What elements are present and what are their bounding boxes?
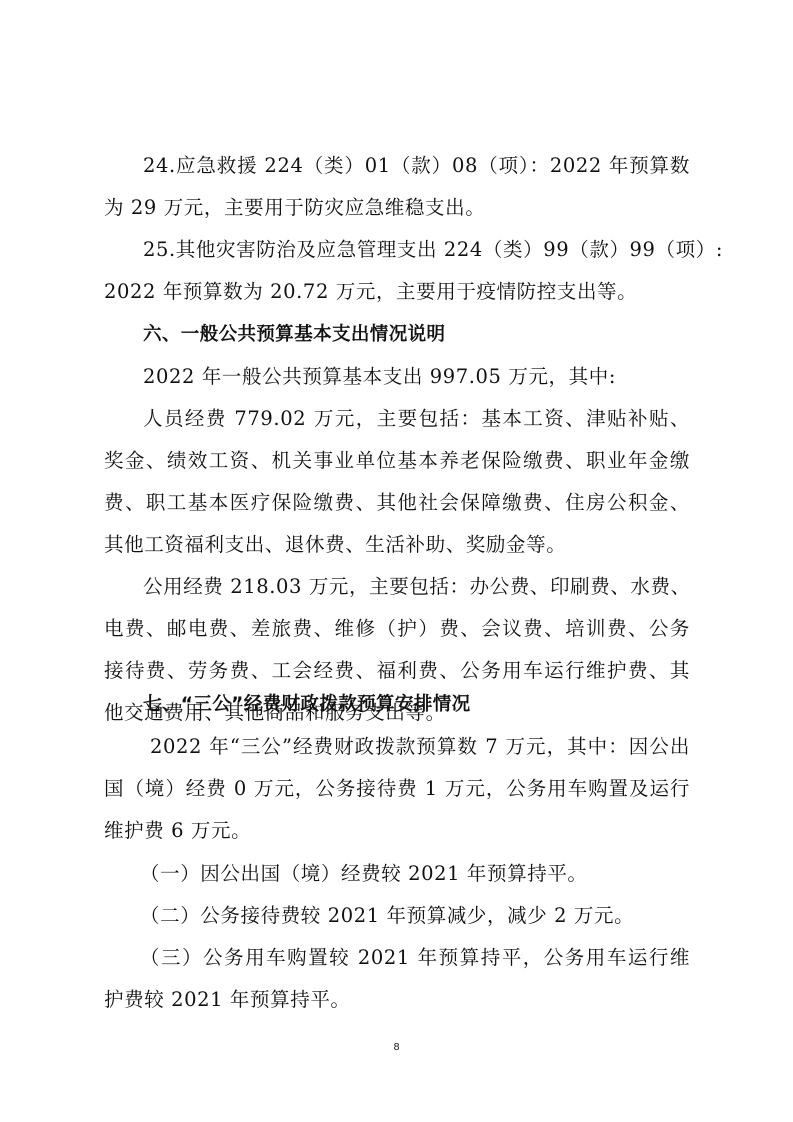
section-heading: 七、“三公”经费财政拨款预算安排情况 (143, 693, 690, 717)
section-summary: 2022 年一般公共预算基本支出 997.05 万元，其中: (143, 365, 690, 389)
paragraph-line: 护费较 2021 年预算持平。 (104, 988, 690, 1012)
paragraph-line: 为 29 万元，主要用于防灾应急维稳支出。 (104, 196, 690, 220)
paragraph-line: 公用经费 218.03 万元，主要包括：办公费、印刷费、水费、 (143, 575, 690, 599)
paragraph-line: 电费、邮电费、差旅费、维修（护）费、会议费、培训费、公务 (104, 617, 690, 641)
paragraph-line: 25.其他灾害防治及应急管理支出 224（类）99（款）99（项）: (143, 238, 690, 262)
paragraph-line: 费、职工基本医疗保险缴费、其他社会保障缴费、住房公积金、 (104, 491, 690, 515)
paragraph-line: 国（境）经费 0 万元，公务接待费 1 万元，公务用车购置及运行 (104, 777, 690, 801)
paragraph-line: （二）公务接待费较 2021 年预算减少，减少 2 万元。 (140, 904, 687, 928)
paragraph-line: 奖金、绩效工资、机关事业单位基本养老保险缴费、职业年金缴 (104, 449, 690, 473)
paragraph-line: 24.应急救援 224（类）01（款）08（项）：2022 年预算数 (143, 154, 690, 178)
paragraph-line: （一）因公出国（境）经费较 2021 年预算持平。 (140, 862, 687, 886)
paragraph-line: （三）公务用车购置较 2021 年预算持平，公务用车运行维 (140, 946, 690, 970)
document-page: 24.应急救援 224（类）01（款）08（项）：2022 年预算数 为 29 … (0, 0, 793, 1122)
paragraph-line: 维护费 6 万元。 (104, 819, 690, 843)
page-number: 8 (0, 1042, 793, 1053)
section-heading: 六、一般公共预算基本支出情况说明 (143, 323, 690, 347)
paragraph-line: 人员经费 779.02 万元，主要包括：基本工资、津贴补贴、 (143, 407, 690, 431)
paragraph-line: 2022 年预算数为 20.72 万元，主要用于疫情防控支出等。 (104, 280, 690, 304)
paragraph-line: 其他工资福利支出、退休费、生活补助、奖励金等。 (104, 533, 690, 557)
paragraph-line: 2022 年“三公”经费财政拨款预算数 7 万元，其中：因公出 (150, 735, 690, 759)
paragraph-line: 接待费、劳务费、工会经费、福利费、公务用车运行维护费、其 (104, 659, 690, 683)
